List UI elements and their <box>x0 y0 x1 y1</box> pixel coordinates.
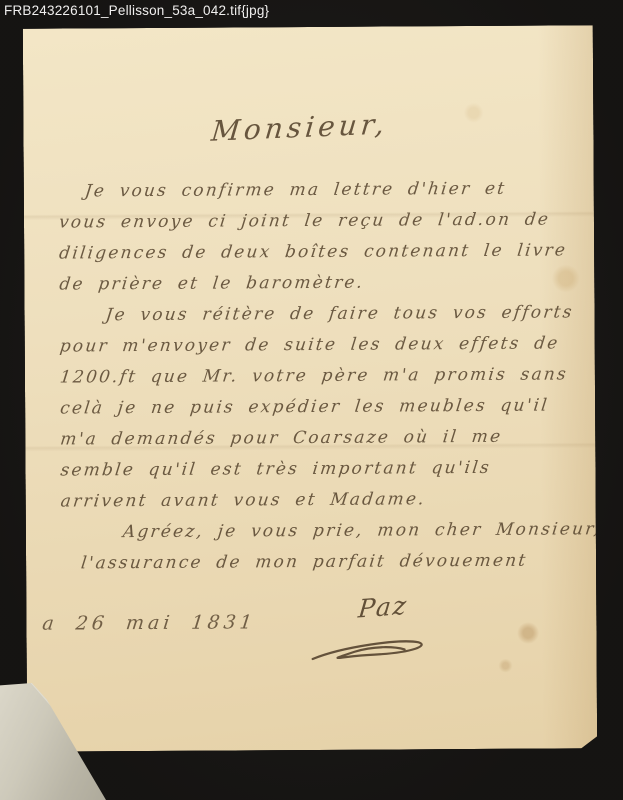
scan-viewport: FRB243226101_Pellisson_53a_042.tif{jpg} … <box>0 0 623 800</box>
filename-label: FRB243226101_Pellisson_53a_042.tif{jpg} <box>4 3 269 18</box>
letter-line: arrivent avant vous et Madame. <box>59 483 588 517</box>
letter-line: Je vous confirme ma lettre d'hier et <box>57 173 586 207</box>
letter-line: m'a demandés pour Coarsaze où il me <box>59 421 588 455</box>
letter-line: Agréez, je vous prie, mon cher Monsieur, <box>59 514 588 548</box>
letter-line: vous envoye ci joint le reçu de l'ad.on … <box>57 204 586 238</box>
letter-line: pour m'envoyer de suite les deux effets … <box>58 328 587 362</box>
letter-line: semble qu'il est très important qu'ils <box>59 452 588 486</box>
letter-line: 1200.ft que Mr. votre père m'a promis sa… <box>58 359 587 393</box>
letter-line: de prière et le baromètre. <box>58 266 587 300</box>
signature-flourish-icon <box>308 628 428 677</box>
letter-date: a 26 mai 1831 <box>41 611 257 634</box>
letter-salutation: Monsieur, <box>210 107 390 147</box>
letter-line: l'assurance de mon parfait dévouement <box>59 545 588 579</box>
letter-line: celà je ne puis expédier les meubles qu'… <box>58 390 587 424</box>
letter-line: Je vous réitère de faire tous vos effort… <box>58 297 587 331</box>
signature: Paz <box>357 591 410 624</box>
letter-page: Monsieur, Je vous confirme ma lettre d'h… <box>23 25 597 751</box>
letter-body: Je vous confirme ma lettre d'hier et vou… <box>59 173 586 579</box>
letter-line: diligences de deux boîtes contenant le l… <box>57 235 586 269</box>
